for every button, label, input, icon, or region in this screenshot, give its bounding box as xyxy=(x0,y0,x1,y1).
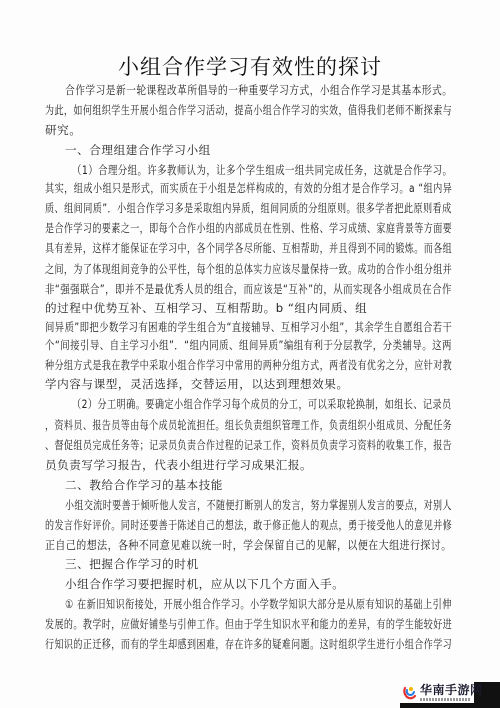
text-line: 、督促组员完成任务等；记录员负责合作过程的记录工作，资料员负责学习资料的收集工作… xyxy=(45,438,452,452)
text-line: 小组合作学习要把握时机，应从以下几个方面入手。 xyxy=(65,577,344,591)
text-line: 质、组间同质”．小组合作学习多是采取组内异质，组间同质的分组原则。很多学者把此原… xyxy=(45,201,452,215)
text-line: （2）分工明确。要确定小组合作学习每个成员的分工，可以采取轮换制，如组长、记录员 xyxy=(72,397,452,411)
watermark-subtitle xyxy=(420,698,470,701)
text-line: 学内容与课型，灵活选择，交替运用，以达到理想效果。 xyxy=(45,377,349,391)
text-line: 之间，为了体现组间竞争的公平性，每个组的总体实力应该尽量保持一致。成功的合作小组… xyxy=(45,262,452,276)
watermark-badge: 华南手游网 xyxy=(400,681,474,703)
text-line: 的过程中优势互补、互相学习、互相帮助。b “组内同质、组 xyxy=(45,301,367,315)
text-line: 员负责写学习报告，代表小组进行学习成果汇报。 xyxy=(45,458,312,472)
text-line: ① 在新旧知识衔接处，开展小组合作学习。小学数学知识大部分是从原有知识的基础上引… xyxy=(65,597,452,611)
text-line: 是合作学习的要素之一，即每个合作小组的内部成员在性别、性格、学习成绩、家庭背景等… xyxy=(45,221,452,235)
text-line: 二、教给合作学习的基本技能 xyxy=(65,478,223,492)
document-title: 小组合作学习有效性的探讨 xyxy=(0,51,500,81)
watermark-name: 华南手游网 xyxy=(420,684,483,696)
text-line: 一、合理组建合作学习小组 xyxy=(65,143,211,157)
document-page: 小组合作学习有效性的探讨 合作学习是新一轮课程改革所倡导的一种重要学习方式，小组… xyxy=(0,0,500,708)
text-line: 行知识的正迁移，而有的学生却感到困难，存在许多的疑难问题。这时组织学生进行小组合… xyxy=(45,637,452,651)
text-line: 正自己的想法，各种不同意见难以统一时，学会保留自己的见解，以便在大组进行探讨。 xyxy=(45,538,452,552)
text-line: 个“间接引导、自主学习小组”．“组内同质、组间异质”编组有利于分层教学，分类辅导… xyxy=(45,338,452,352)
text-line: ，资料员、报告员等由每个成员轮流担任。组长负责组织管理工作，负责组织小组成员、分… xyxy=(45,418,452,432)
text-line: 三、把握合作学习的时机 xyxy=(65,557,199,571)
text-line: 发展的。教学时，应做好铺垫与引伸工作。但由于学生知识水平和能力的差异，有的学生能… xyxy=(45,617,452,631)
text-line: （1）合理分组。许多教师认为，让多个学生组成一组共同完成任务，这就是合作学习。 xyxy=(72,163,452,177)
text-line: 的发言作好评价。同时还要善于陈述自己的想法，敢于修正他人的观点，勇于接受他人的意… xyxy=(45,518,452,532)
text-line: 合作学习是新一轮课程改革所倡导的一种重要学习方式，小组合作学习是其基本形式。 xyxy=(65,83,452,97)
text-line: 研究。 xyxy=(45,123,81,137)
text-line: 非“强强联合”，即并不是最优秀人员的组合，而应该是“互补”的，从而实现各小组成员… xyxy=(45,282,452,296)
text-line: 为此，如何组织学生开展小组合作学习活动，提高小组合作学习的实效，值得我们老师不断… xyxy=(45,103,452,117)
text-line: 种分组方式是我在教学中采取小组合作学习中常用的两种分组方式，两者没有优劣之分，应… xyxy=(45,358,452,372)
text-line: 间异质”即把少数学习有困难的学生组合为“直接辅导、互相学习小组”，其余学生自愿组… xyxy=(45,320,452,334)
text-line: 其实，组成小组只是形式，而实质在于小组是怎样构成的，有效的分组才是合作学习。a … xyxy=(45,181,452,195)
text-line: 具有差异，这样才能保证在学习中，各个同学各尽所能、互相帮助，并且得到不同的锻炼。… xyxy=(45,241,452,255)
text-line: 小组交流时要善于倾听他人发言，不随便打断别人的发言，努力掌握别人发言的要点，对别… xyxy=(65,498,452,512)
swirl-logo-icon xyxy=(402,684,418,700)
